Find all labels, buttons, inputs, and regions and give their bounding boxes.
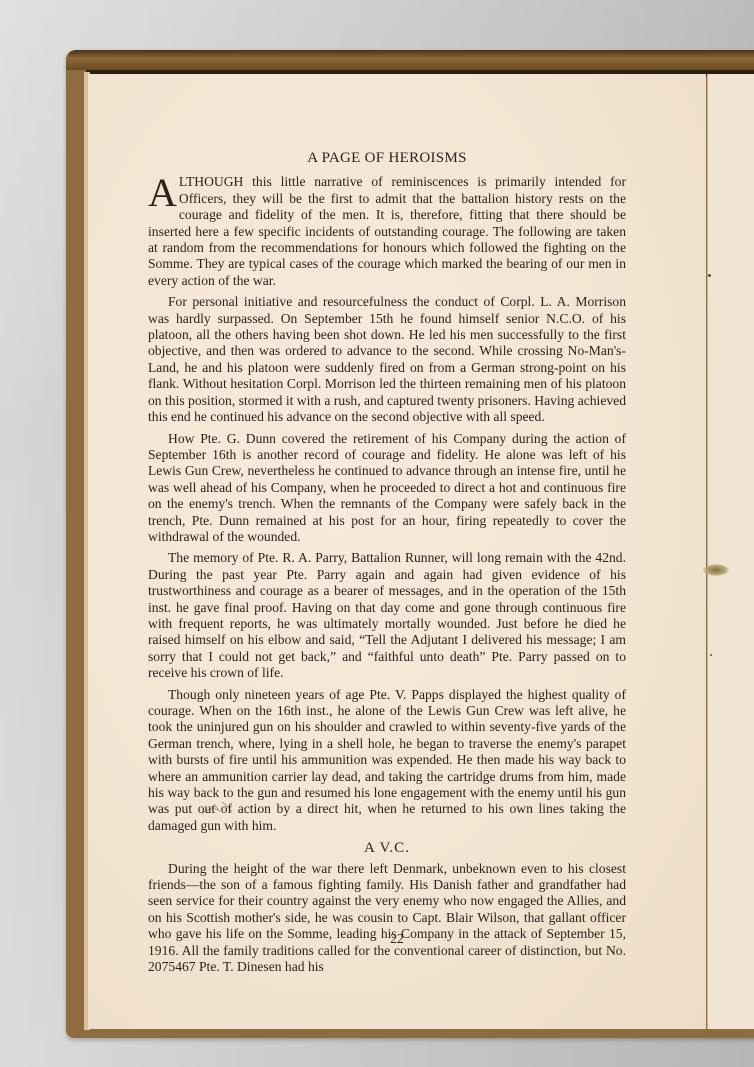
book-spine-top-edge xyxy=(66,50,754,70)
speck-mark xyxy=(708,274,711,277)
speck-mark xyxy=(710,654,712,656)
paragraph-dunn: How Pte. G. Dunn covered the retirement … xyxy=(148,431,626,546)
section-title-heroisms: A PAGE OF HEROISMS xyxy=(148,150,626,166)
page-number: 22 xyxy=(88,931,706,947)
paragraph-morrison: For personal initiative and resourcefuln… xyxy=(148,294,626,425)
page-content: A PAGE OF HEROISMS ALTHOUGH this little … xyxy=(148,150,626,981)
paper-tab-mark xyxy=(703,564,729,576)
drop-cap: A xyxy=(148,178,177,208)
paragraph-papps: Though only nineteen years of age Pte. V… xyxy=(148,687,626,835)
facing-page-edge xyxy=(707,74,754,1029)
paragraph-parry: The memory of Pte. R. A. Parry, Battalio… xyxy=(148,550,626,681)
intro-paragraph: ALTHOUGH this little narrative of remini… xyxy=(148,174,626,289)
paragraph-dinesen: During the height of the war there left … xyxy=(148,861,626,976)
section-title-vc: A V.C. xyxy=(148,840,626,856)
